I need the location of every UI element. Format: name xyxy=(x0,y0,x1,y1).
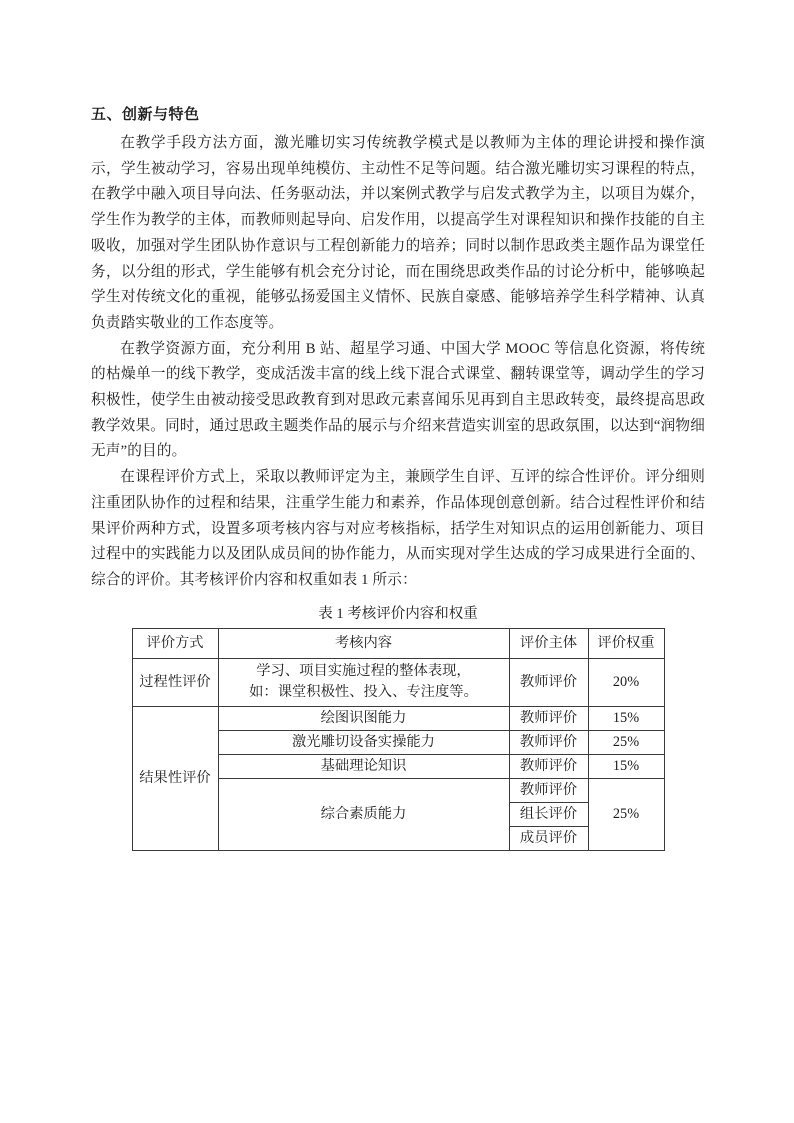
table-caption: 表 1 考核评价内容和权重 xyxy=(91,603,705,625)
evaluation-table: 评价方式 考核内容 评价主体 评价权重 过程性评价 学习、项目实施过程的整体表现… xyxy=(132,628,665,851)
cell-result2-content: 激光雕切设备实操能力 xyxy=(218,730,509,754)
table-row-result-1: 结果性评价 绘图识图能力 教师评价 15% xyxy=(132,706,664,730)
header-eval-subject: 评价主体 xyxy=(509,628,588,658)
document-page: 五、创新与特色 在教学手段方法方面，激光雕切实习传统教学模式是以教师为主体的理论… xyxy=(91,104,705,851)
paragraph-teaching-methods: 在教学手段方法方面，激光雕切实习传统教学模式是以教师为主体的理论讲授和操作演示，… xyxy=(91,131,705,337)
cell-composite-content: 综合素质能力 xyxy=(218,778,509,850)
cell-result3-weight: 15% xyxy=(588,754,664,778)
cell-process-type: 过程性评价 xyxy=(132,658,218,706)
cell-result1-weight: 15% xyxy=(588,706,664,730)
table-row-process: 过程性评价 学习、项目实施过程的整体表现， 如：课堂积极性、投入、专注度等。 教… xyxy=(132,658,664,706)
cell-composite-subject-member: 成员评价 xyxy=(509,826,588,850)
cell-result3-content: 基础理论知识 xyxy=(218,754,509,778)
cell-composite-weight: 25% xyxy=(588,778,664,850)
cell-process-subject: 教师评价 xyxy=(509,658,588,706)
cell-result1-content: 绘图识图能力 xyxy=(218,706,509,730)
cell-result2-weight: 25% xyxy=(588,730,664,754)
paragraph-teaching-resources: 在教学资源方面，充分利用 B 站、超星学习通、中国大学 MOOC 等信息化资源，… xyxy=(91,337,705,466)
paragraph-evaluation-method: 在课程评价方式上，采取以教师评定为主，兼顾学生自评、互评的综合性评价。评分细则注… xyxy=(91,465,705,594)
cell-result3-subject: 教师评价 xyxy=(509,754,588,778)
table-header-row: 评价方式 考核内容 评价主体 评价权重 xyxy=(132,628,664,658)
cell-result2-subject: 教师评价 xyxy=(509,730,588,754)
header-eval-weight: 评价权重 xyxy=(588,628,664,658)
cell-result1-subject: 教师评价 xyxy=(509,706,588,730)
cell-process-content: 学习、项目实施过程的整体表现， 如：课堂积极性、投入、专注度等。 xyxy=(218,658,509,706)
header-assess-content: 考核内容 xyxy=(218,628,509,658)
cell-composite-subject-leader: 组长评价 xyxy=(509,802,588,826)
cell-process-weight: 20% xyxy=(588,658,664,706)
cell-result-type: 结果性评价 xyxy=(132,706,218,850)
header-eval-method: 评价方式 xyxy=(132,628,218,658)
process-content-line2: 如：课堂积极性、投入、专注度等。 xyxy=(222,682,506,703)
cell-composite-subject-teacher: 教师评价 xyxy=(509,778,588,802)
process-content-line1: 学习、项目实施过程的整体表现， xyxy=(222,661,506,682)
section-heading: 五、创新与特色 xyxy=(91,104,705,126)
